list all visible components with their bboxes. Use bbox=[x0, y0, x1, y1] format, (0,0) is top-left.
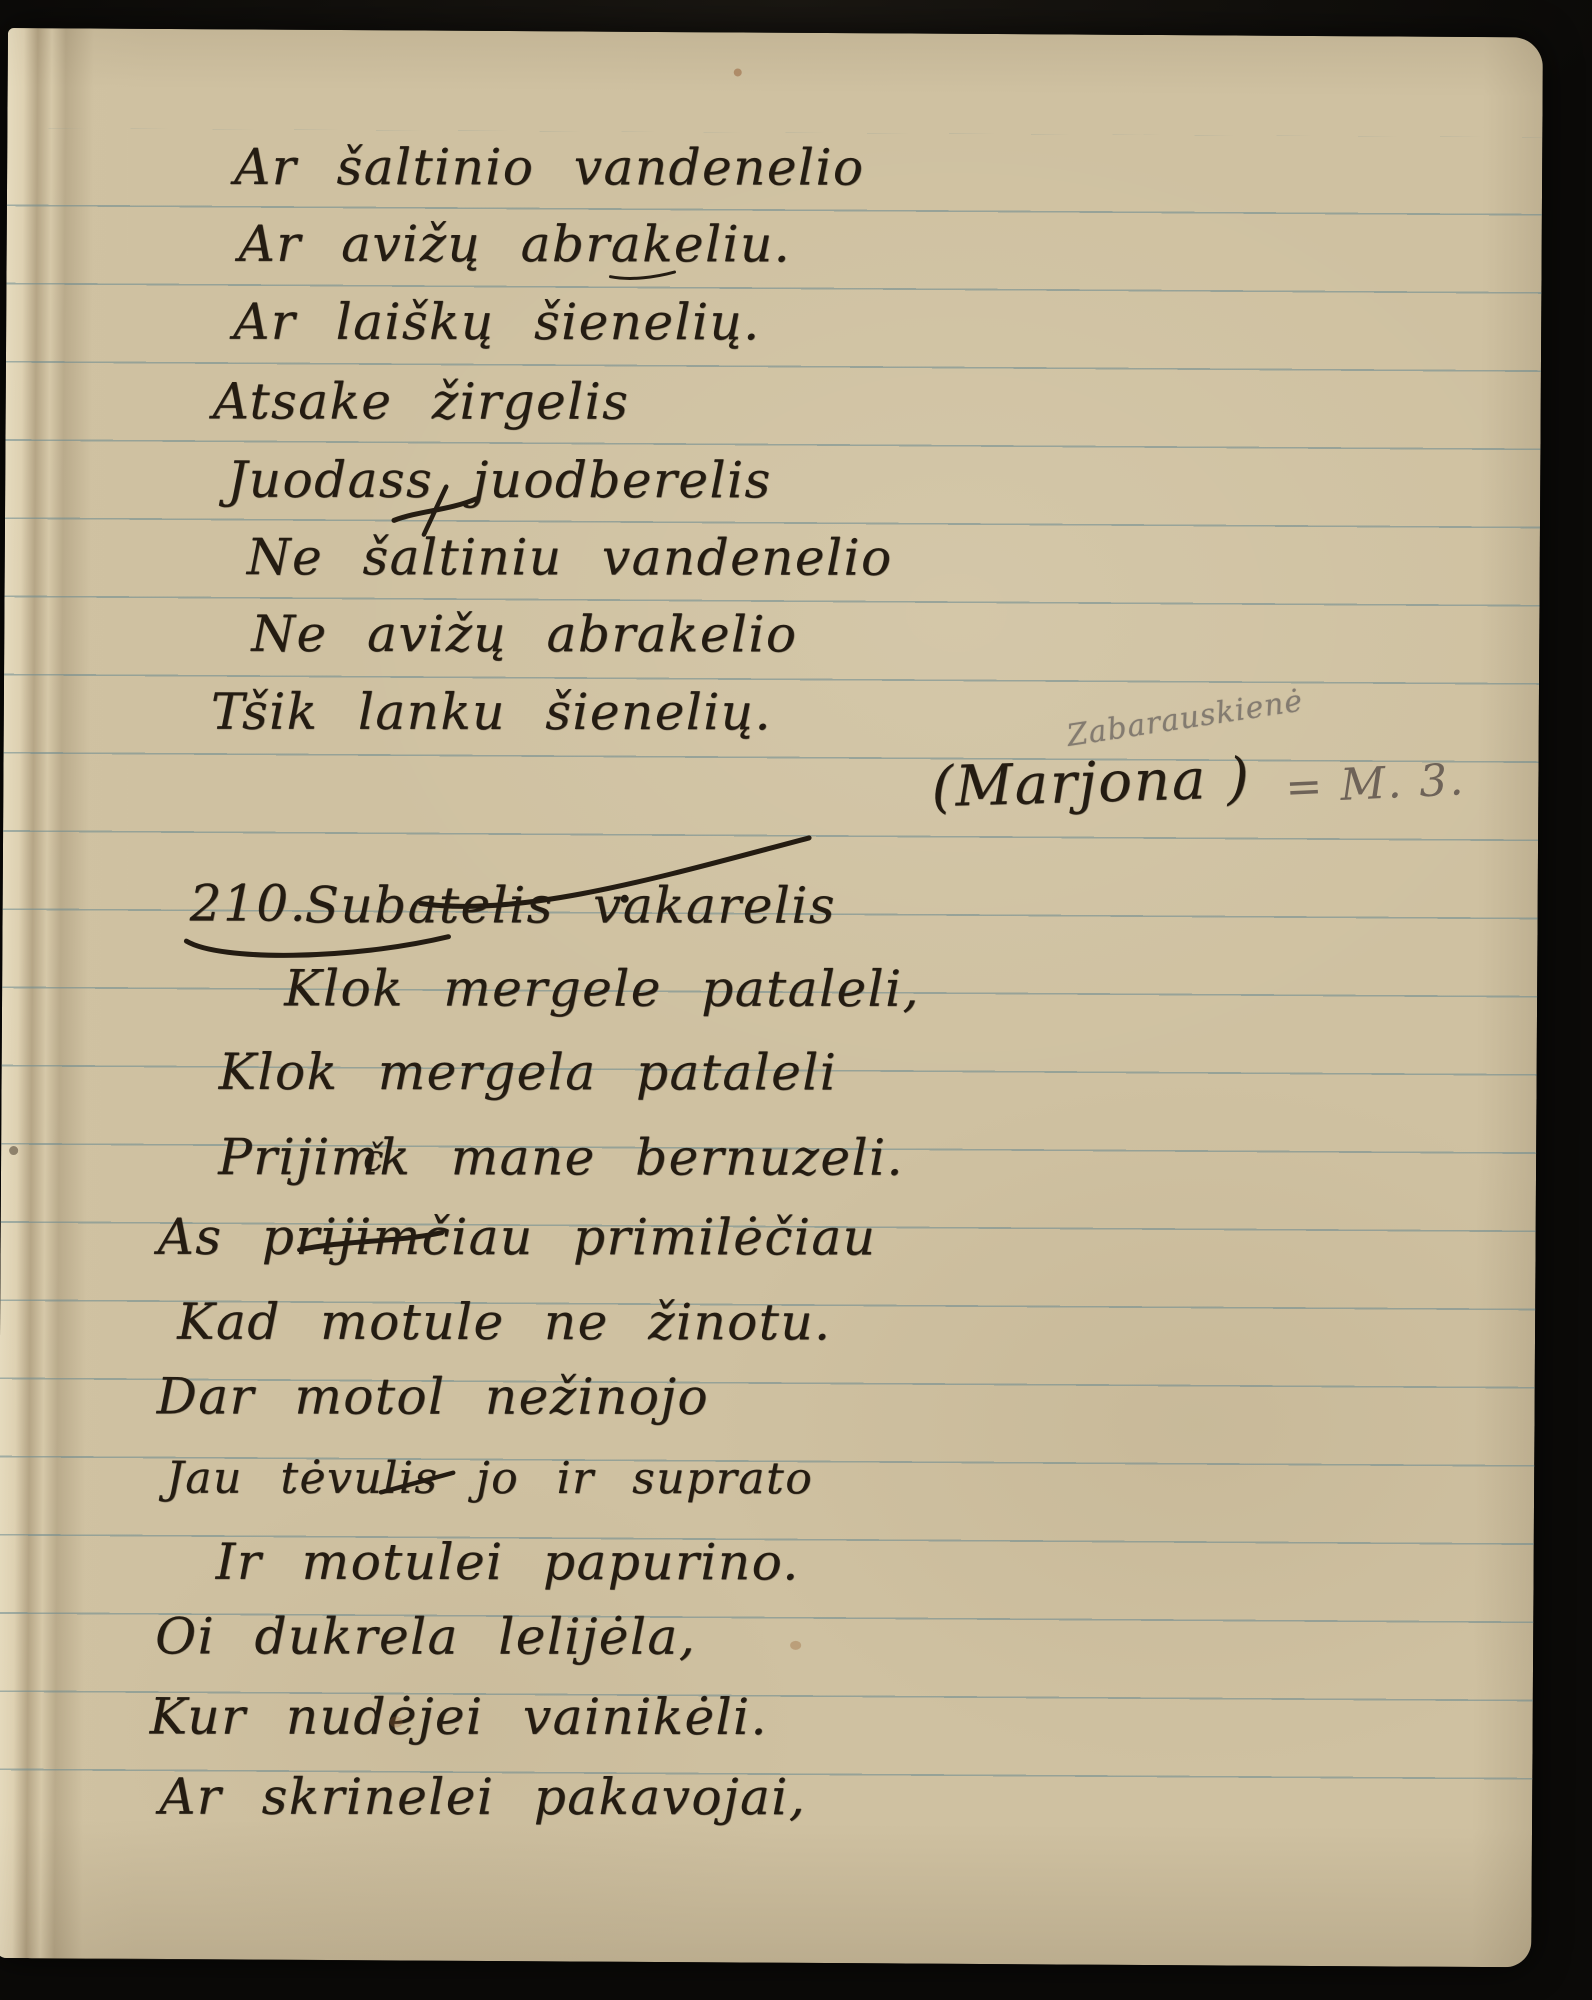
handwritten-line: Ne avižų abrakelio bbox=[251, 605, 797, 663]
pencil-annotation-code: = M. 3. bbox=[1284, 754, 1466, 813]
scanned-notebook-photo: Ar šaltinio vandenelio Ar avižų abrakeli… bbox=[0, 0, 1592, 2000]
handwritten-line: Kad motule ne žinotu. bbox=[177, 1293, 831, 1352]
song-number: 210. bbox=[190, 874, 307, 932]
handwritten-line: Tšik lanku šienelių. bbox=[211, 683, 772, 741]
pencil-annotation-name: Zabarauskienė bbox=[1065, 683, 1306, 753]
handwritten-line: Juodass juodberelis bbox=[227, 451, 771, 509]
paper-stain bbox=[790, 1641, 801, 1650]
handwritten-line: Ar šaltinio vandenelio bbox=[234, 138, 864, 197]
handwritten-line: Ar avižų abrakeliu. bbox=[239, 215, 791, 273]
song-title: Subatelis vakarelis bbox=[305, 876, 836, 934]
handwritten-line: Ar skrinelei pakavojai, bbox=[159, 1768, 806, 1827]
handwritten-line: Ir motulei papurino. bbox=[216, 1533, 800, 1592]
handwritten-line: Klok mergela pataleli bbox=[219, 1043, 838, 1102]
handwritten-line: Ar laiškų šienelių. bbox=[233, 293, 760, 351]
binding-hole bbox=[9, 1146, 18, 1155]
handwritten-line: Dar motol nežinojo bbox=[157, 1367, 709, 1425]
handwritten-line: Prijimk mane bernuzeli. bbox=[218, 1128, 904, 1187]
handwritten-line: Jau tėvulis jo ir suprato bbox=[166, 1453, 813, 1505]
handwritten-line: Oi dukrela lelijėla, bbox=[155, 1607, 696, 1665]
handwritten-line: Atsake žirgelis bbox=[213, 372, 630, 430]
handwritten-line: Klok mergele pataleli, bbox=[284, 959, 920, 1018]
handwritten-line: As prijimčiau primilėčiau bbox=[158, 1208, 877, 1267]
paper-stain bbox=[734, 68, 742, 76]
handwritten-line: Ne šaltiniu vandenelio bbox=[247, 528, 893, 587]
notebook-page: Ar šaltinio vandenelio Ar avižų abrakeli… bbox=[0, 28, 1543, 1967]
ink-annotation-name: (Marjona ) bbox=[931, 746, 1252, 820]
inserted-letter: č bbox=[363, 1138, 385, 1179]
handwritten-line: Kur nudėjei vainikėli. bbox=[150, 1688, 768, 1747]
